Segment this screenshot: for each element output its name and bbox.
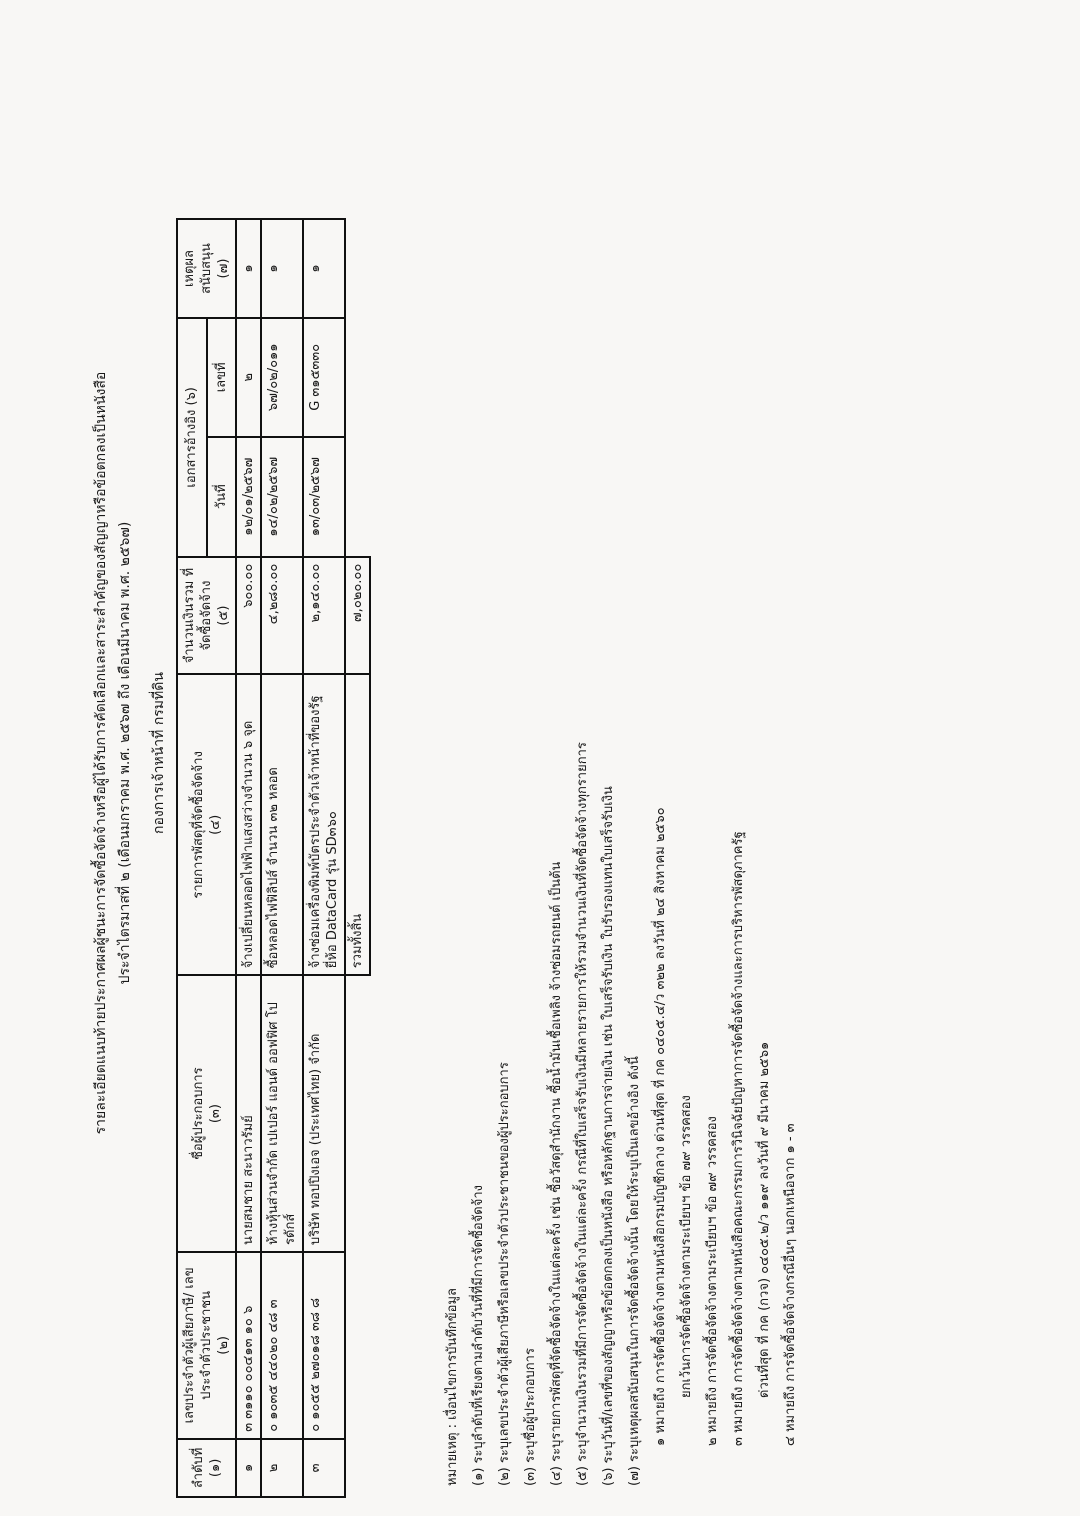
cell-vendor: นายสมชาย สะนาวรัมย์	[236, 975, 261, 1252]
table-row: ๒๐ ๑๐๓๕ ๔๔๐๒๐ ๔๘ ๓ห้างหุ้นส่วนจำกัด เปเป…	[261, 219, 303, 1497]
cell-taxid: ๐ ๑๐๕๕ ๒๗๐๑๘ ๓๘ ๘	[303, 1252, 345, 1439]
header-amount-index: (๕)	[215, 564, 232, 668]
blank	[345, 219, 370, 557]
cell-reason: ๑	[261, 219, 303, 318]
reason-item: ๑ หมายถึง การจัดซื้อจัดจ้างตามหนังสือกรม…	[648, 286, 674, 1486]
note-item: (๔) ระบุรายการพัสดุที่จัดซื้อจัดจ้างในแต…	[544, 286, 570, 1486]
header-taxid-index: (๒)	[215, 1259, 232, 1432]
cell-reason: ๑	[236, 219, 261, 318]
cell-no: ๒	[261, 1439, 303, 1497]
cell-ref-no: ๒	[236, 318, 261, 437]
header-amount: จำนวนเงินรวม ที่จัดซื้อจัดจ้าง (๕)	[177, 557, 236, 675]
reason-number: ๔	[783, 1436, 798, 1446]
note-item: (๗) ระบุเหตุผลสนับสนุนในการจัดซื้อจัดจ้า…	[622, 286, 648, 1486]
reason-text: หมายถึง การจัดซื้อจัดจ้างกรณีอื่นๆ นอกเห…	[783, 1123, 798, 1432]
reason-number: ๓	[731, 1437, 746, 1446]
reason-text: หมายถึง การจัดซื้อจัดจ้างตามระเบียบฯ ข้อ…	[705, 1116, 720, 1433]
reason-text: หมายถึง การจัดซื้อจัดจ้างตามหนังสือคณะกร…	[731, 831, 746, 1433]
cell-no: ๑	[236, 1439, 261, 1497]
header-item-label: รายการพัสดุที่จัดซื้อจัดจ้าง	[190, 681, 207, 968]
total-label: รวมทั้งสิ้น	[345, 674, 370, 975]
cell-ref-no: G ๓๑๕๓๓๐	[303, 318, 345, 437]
header-amount-label: จำนวนเงินรวม ที่จัดซื้อจัดจ้าง	[181, 564, 215, 668]
note-item: (๒) ระบุเลขประจำตัวผู้เสียภาษีหรือเลขประ…	[492, 286, 518, 1486]
total-amount: ๗,๐๒๐.๐๐	[345, 557, 370, 675]
header-reason-index: (๗)	[215, 226, 232, 311]
header-no: ลำดับที่ (๑)	[177, 1439, 236, 1497]
reason-continuation: ด่วนที่สุด ที่ กค (กวจ) ๐๔๐๕.๒/ว ๑๑๙ ลงว…	[752, 286, 778, 1486]
cell-date: ๑๓/๐๓/๒๕๖๗	[303, 437, 345, 557]
document-title: รายละเอียดแนบท้ายประกาศผลผู้ชนะการจัดซื้…	[92, 250, 110, 1256]
header-ref-no: เลขที่	[207, 318, 237, 437]
reason-item: ๒ หมายถึง การจัดซื้อจัดจ้างตามระเบียบฯ ข…	[700, 286, 726, 1486]
cell-item: จ้างซ่อมเครื่องพิมพ์บัตรประจำตัวเจ้าหน้า…	[303, 674, 345, 975]
header-taxid-label: เลขประจำตัวผู้เสียภาษี/ เลขประจำตัวประชา…	[181, 1259, 215, 1432]
cell-ref-no: ๖๗/๐๒/๐๑๑	[261, 318, 303, 437]
cell-item: ซื้อหลอดไฟฟิลิปส์ จำนวน ๓๒ หลอด	[261, 674, 303, 975]
header-taxid: เลขประจำตัวผู้เสียภาษี/ เลขประจำตัวประชา…	[177, 1252, 236, 1439]
header-vendor: ชื่อผู้ประกอบการ (๓)	[177, 975, 236, 1252]
reason-text: หมายถึง การจัดซื้อจัดจ้างตามหนังสือกรมบั…	[653, 807, 668, 1433]
header-vendor-label: ชื่อผู้ประกอบการ	[190, 982, 207, 1245]
cell-date: ๑๒/๐๑/๒๕๖๗	[236, 437, 261, 557]
cell-taxid: ๐ ๑๐๓๕ ๔๔๐๒๐ ๔๘ ๓	[261, 1252, 303, 1439]
cell-date: ๑๔/๐๒/๒๕๖๗	[261, 437, 303, 557]
header-ref: เอกสารอ้างอิง (๖)	[177, 318, 207, 557]
table-row: ๓๐ ๑๐๕๕ ๒๗๐๑๘ ๓๘ ๘บริษัท ทอปปิงเอจ (ประเ…	[303, 219, 345, 1497]
cell-item: จ้างเปลี่ยนหลอดไฟฟ้าแสงสว่างจำนวน ๖ จุด	[236, 674, 261, 975]
header-reason-label: เหตุผลสนับสนุน	[181, 226, 215, 311]
cell-amount: ๖๐๐.๐๐	[236, 557, 261, 675]
department-name: กองการเจ้าหน้าที่ กรมที่ดิน	[150, 250, 168, 1256]
cell-reason: ๑	[303, 219, 345, 318]
total-row: รวมทั้งสิ้น๗,๐๒๐.๐๐	[345, 219, 370, 1497]
note-item: (๑) ระบุลำดับที่เรียงตามลำดับวันที่ที่มี…	[466, 286, 492, 1486]
header-ref-date: วันที่	[207, 437, 237, 557]
header-item-index: (๔)	[207, 681, 224, 968]
header-vendor-index: (๓)	[207, 982, 224, 1245]
notes-section: หมายเหตุ : เงื่อนไขการบันทึกข้อมูล (๑) ร…	[440, 286, 804, 1486]
cell-taxid: ๓ ๓๑๑๐ ๐๐๔๑๓ ๑๐ ๖	[236, 1252, 261, 1439]
notes-heading: หมายเหตุ : เงื่อนไขการบันทึกข้อมูล	[440, 286, 466, 1486]
cell-vendor: บริษัท ทอปปิงเอจ (ประเทศไทย) จำกัด	[303, 975, 345, 1252]
header-item: รายการพัสดุที่จัดซื้อจัดจ้าง (๔)	[177, 674, 236, 975]
blank	[345, 975, 370, 1497]
procurement-table: ลำดับที่ (๑) เลขประจำตัวผู้เสียภาษี/ เลข…	[176, 218, 371, 1498]
header-no-label: ลำดับที่	[190, 1446, 207, 1490]
cell-vendor: ห้างหุ้นส่วนจำกัด เปเปอร์ แอนด์ ออฟฟิศ โ…	[261, 975, 303, 1252]
reason-item: ๓ หมายถึง การจัดซื้อจัดจ้างตามหนังสือคณะ…	[726, 286, 752, 1486]
note-item: (๖) ระบุวันที่/เลขที่ของสัญญาหรือข้อตกลง…	[596, 286, 622, 1486]
reason-number: ๒	[705, 1437, 720, 1446]
note-item: (๓) ระบุชื่อผู้ประกอบการ	[518, 286, 544, 1486]
note-item: (๕) ระบุจำนวนเงินรวมที่มีการจัดซื้อจัดจ้…	[570, 286, 596, 1486]
header-no-index: (๑)	[207, 1446, 224, 1490]
document-page: รายละเอียดแนบท้ายประกาศผลผู้ชนะการจัดซื้…	[0, 0, 1080, 1516]
cell-no: ๓	[303, 1439, 345, 1497]
reason-item: ๔ หมายถึง การจัดซื้อจัดจ้างกรณีอื่นๆ นอก…	[778, 286, 804, 1486]
cell-amount: ๒,๑๔๐.๐๐	[303, 557, 345, 675]
reason-continuation: ยกเว้นการจัดซื้อจัดจ้างตามระเบียบฯ ข้อ ๗…	[674, 286, 700, 1486]
cell-amount: ๔,๒๘๐.๐๐	[261, 557, 303, 675]
document-period: ประจำไตรมาสที่ ๒ (เดือนมกราคม พ.ศ. ๒๕๖๗ …	[116, 250, 134, 1256]
reason-number: ๑	[653, 1438, 668, 1446]
table-row: ๑๓ ๓๑๑๐ ๐๐๔๑๓ ๑๐ ๖นายสมชาย สะนาวรัมย์จ้า…	[236, 219, 261, 1497]
header-reason: เหตุผลสนับสนุน (๗)	[177, 219, 236, 318]
